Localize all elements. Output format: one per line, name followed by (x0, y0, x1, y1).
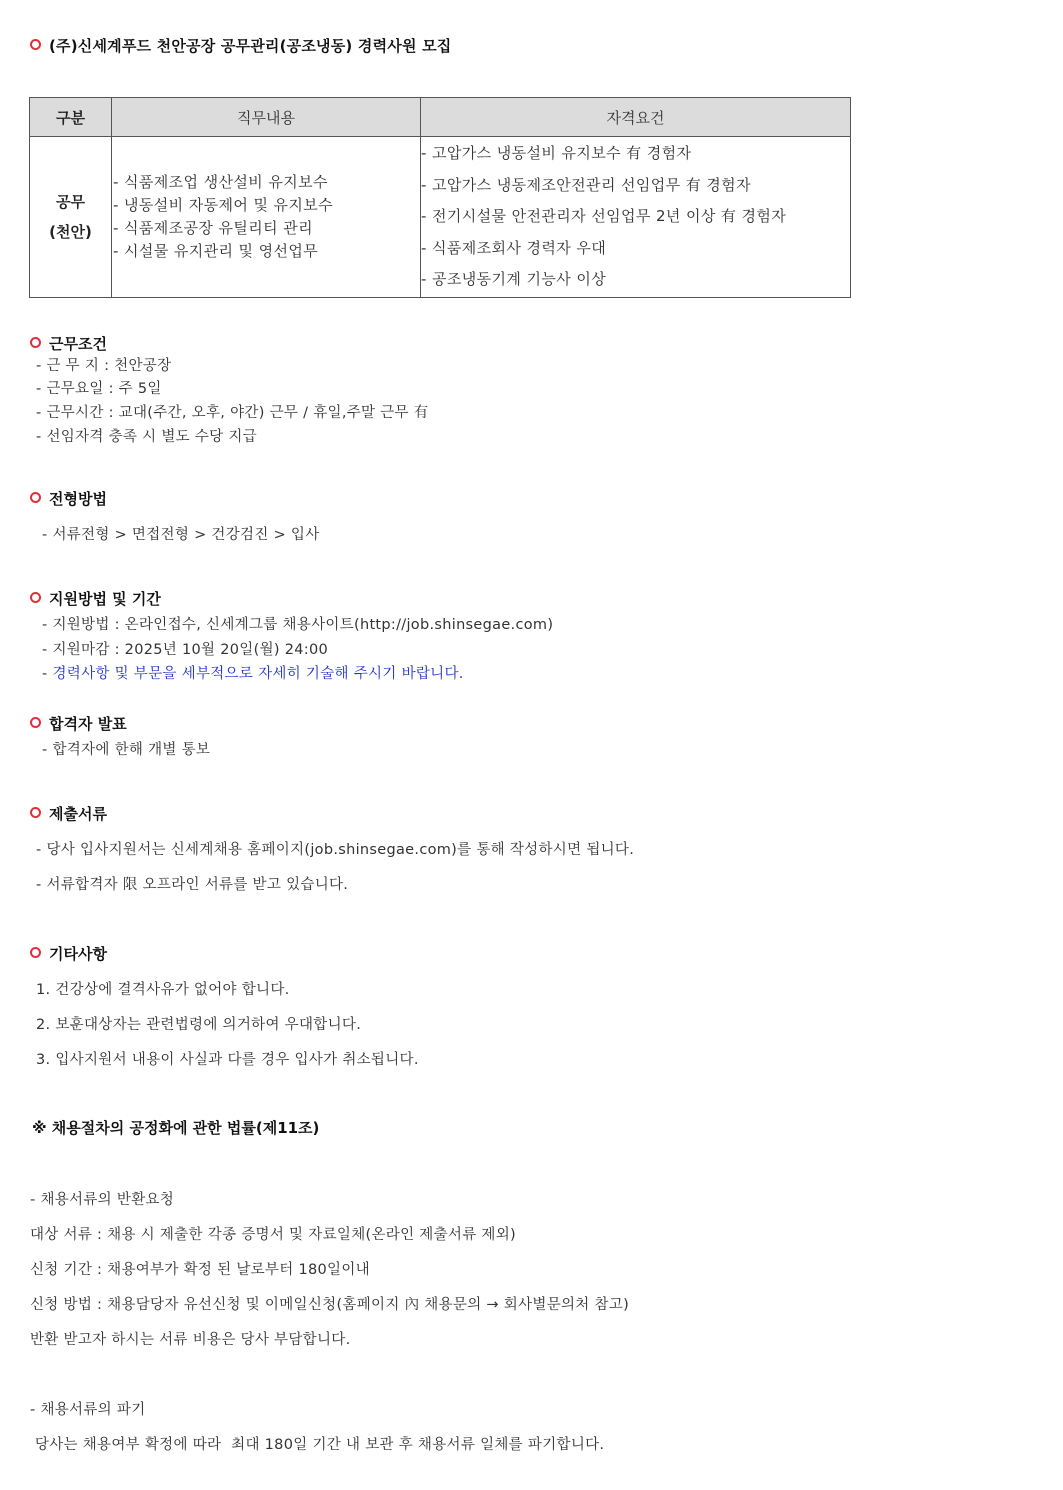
heading-text: 합격자 발표 (49, 715, 127, 733)
qualification-item: - 고압가스 냉동제조안전관리 선임업무 有 경험자 (421, 170, 850, 202)
section-heading-documents: 제출서류 (30, 803, 107, 824)
apply-note-text: 경력사항 및 부문을 세부적으로 자세히 기술해 주시기 바랍니다. (52, 666, 463, 682)
page-title-text: (주)신세계푸드 천안공장 공무관리(공조냉동) 경력사원 모집 (49, 37, 451, 55)
circle-bullet-icon (30, 39, 41, 50)
qualification-item: - 전기시설물 안전관리자 선임업무 2년 이상 有 경험자 (421, 201, 850, 233)
announce-line: - 합격자에 한해 개별 통보 (42, 738, 210, 759)
section-heading-selection: 전형방법 (30, 488, 107, 509)
return-line: 신청 방법 : 채용담당자 유선신청 및 이메일신청(홈페이지 內 채용문의 →… (30, 1293, 629, 1314)
circle-bullet-icon (30, 947, 41, 958)
duty-item: - 냉동설비 자동제어 및 유지보수 (113, 194, 420, 217)
return-line: 신청 기간 : 채용여부가 확정 된 날로부터 180일이내 (30, 1258, 370, 1279)
duty-item: - 시설물 유지관리 및 영선업무 (113, 240, 420, 263)
circle-bullet-icon (30, 807, 41, 818)
return-line: 반환 받고자 하시는 서류 비용은 당사 부담합니다. (30, 1328, 351, 1349)
circle-bullet-icon (30, 592, 41, 603)
note-prefix: - (42, 666, 52, 682)
heading-text: 근무조건 (49, 335, 107, 353)
requirements-table: 구분 직무내용 자격요건 공무 (천안) - 식품제조업 생산설비 유지보수 -… (29, 97, 851, 298)
heading-text: 기타사항 (49, 945, 107, 963)
qualifications-cell: - 고압가스 냉동설비 유지보수 有 경험자 - 고압가스 냉동제조안전관리 선… (421, 137, 851, 298)
page-title: (주)신세계푸드 천안공장 공무관리(공조냉동) 경력사원 모집 (30, 35, 451, 56)
category-name: 공무 (30, 187, 111, 217)
return-line: 대상 서류 : 채용 시 제출한 각종 증명서 및 자료일체(온라인 제출서류 … (30, 1223, 516, 1244)
duty-item: - 식품제조업 생산설비 유지보수 (113, 171, 420, 194)
etc-item: 3. 입사지원서 내용이 사실과 다를 경우 입사가 취소됩니다. (36, 1048, 419, 1069)
duty-item: - 식품제조공장 유틸리티 관리 (113, 217, 420, 240)
condition-hours: - 근무시간 : 교대(주간, 오후, 야간) 근무 / 휴일,주말 근무 有 (36, 401, 429, 422)
circle-bullet-icon (30, 717, 41, 728)
apply-deadline: - 지원마감 : 2025년 10월 20일(월) 24:00 (42, 638, 328, 659)
section-heading-apply: 지원방법 및 기간 (30, 588, 161, 609)
return-title: - 채용서류의 반환요청 (30, 1188, 174, 1209)
selection-steps: - 서류전형 > 면접전형 > 건강검진 > 입사 (42, 523, 320, 544)
section-heading-conditions: 근무조건 (30, 333, 107, 354)
law-heading: ※ 채용절차의 공정화에 관한 법률(제11조) (32, 1117, 319, 1138)
documents-line: - 당사 입사지원서는 신세계채용 홈페이지(job.shinsegae.com… (36, 838, 634, 859)
apply-method: - 지원방법 : 온라인접수, 신세계그룹 채용사이트(http://job.s… (42, 613, 553, 634)
header-duties: 직무내용 (112, 98, 421, 137)
header-qualifications: 자격요건 (421, 98, 851, 137)
destroy-title: - 채용서류의 파기 (30, 1398, 146, 1419)
section-heading-announce: 합격자 발표 (30, 713, 127, 734)
condition-location: - 근 무 지 : 천안공장 (36, 354, 171, 375)
heading-text: 제출서류 (49, 805, 107, 823)
duties-cell: - 식품제조업 생산설비 유지보수 - 냉동설비 자동제어 및 유지보수 - 식… (112, 137, 421, 298)
qualification-item: - 고압가스 냉동설비 유지보수 有 경험자 (421, 138, 850, 170)
header-category: 구분 (30, 98, 112, 137)
category-cell: 공무 (천안) (30, 137, 112, 298)
circle-bullet-icon (30, 492, 41, 503)
table-row: 공무 (천안) - 식품제조업 생산설비 유지보수 - 냉동설비 자동제어 및 … (30, 137, 851, 298)
destroy-line: 당사는 채용여부 확정에 따라 최대 180일 기간 내 보관 후 채용서류 일… (30, 1433, 604, 1454)
circle-bullet-icon (30, 337, 41, 348)
category-location: (천안) (30, 217, 111, 247)
heading-text: 지원방법 및 기간 (49, 590, 161, 608)
etc-item: 1. 건강상에 결격사유가 없어야 합니다. (36, 978, 290, 999)
etc-item: 2. 보훈대상자는 관련법령에 의거하여 우대합니다. (36, 1013, 361, 1034)
apply-note: - 경력사항 및 부문을 세부적으로 자세히 기술해 주시기 바랍니다. (42, 662, 464, 683)
condition-days: - 근무요일 : 주 5일 (36, 377, 162, 398)
table-header-row: 구분 직무내용 자격요건 (30, 98, 851, 137)
heading-text: 전형방법 (49, 490, 107, 508)
condition-allowance: - 선임자격 충족 시 별도 수당 지급 (36, 425, 257, 446)
section-heading-etc: 기타사항 (30, 943, 107, 964)
qualification-item: - 식품제조회사 경력자 우대 (421, 233, 850, 265)
documents-line: - 서류합격자 限 오프라인 서류를 받고 있습니다. (36, 873, 348, 894)
qualification-item: - 공조냉동기계 기능사 이상 (421, 264, 850, 296)
